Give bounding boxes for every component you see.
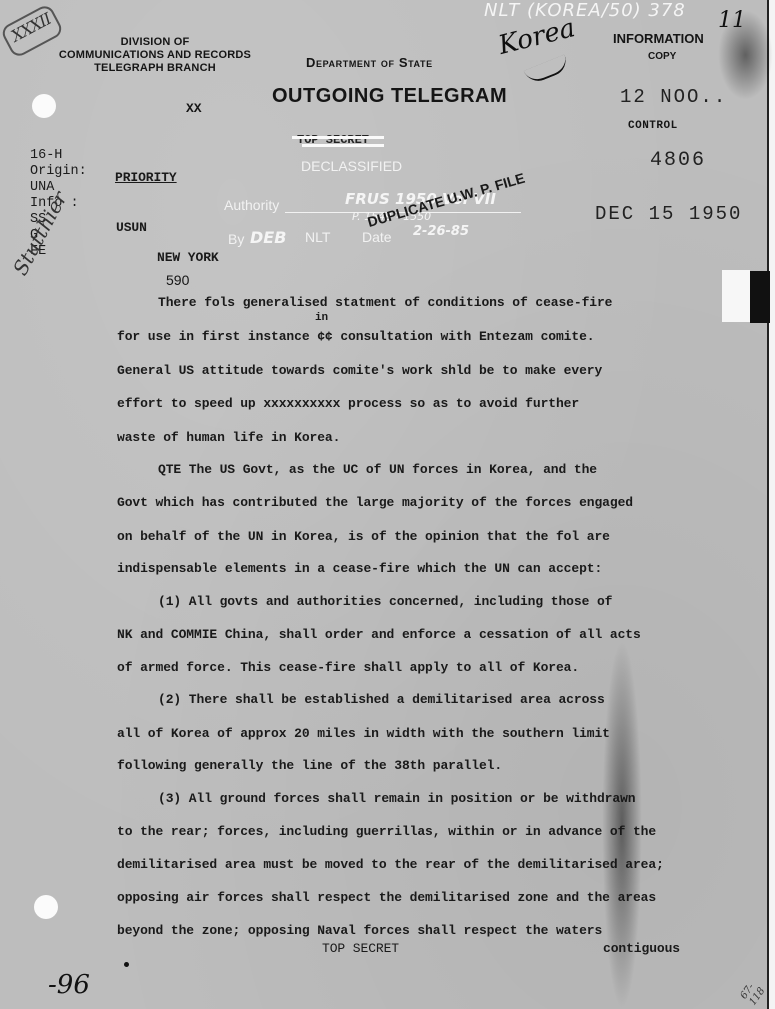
body-line: for use in first instance ¢¢ consultatio… <box>117 329 594 344</box>
page-edge <box>769 0 775 1009</box>
routing-line: Origin: <box>30 164 87 180</box>
handwritten-page-number: -96 <box>48 970 90 1000</box>
quote-line: indispensable elements in a cease-fire w… <box>117 561 602 576</box>
telegram-page: XXXII DIVISION OF COMMUNICATIONS AND REC… <box>0 0 775 1009</box>
item-1-line: (1) All govts and authorities concerned,… <box>158 594 612 609</box>
body-line: waste of human life in Korea. <box>117 430 340 445</box>
message-number: 590 <box>166 272 189 288</box>
control-label: CONTROL <box>628 120 678 132</box>
division-line-3: TELEGRAPH BRANCH <box>40 62 270 75</box>
authority-label: Authority <box>224 197 279 213</box>
body-line: General US attitude towards comite's wor… <box>117 363 602 378</box>
addressee: USUN <box>116 220 147 235</box>
continuation-word: contiguous <box>603 941 680 956</box>
by-label: By <box>228 231 244 247</box>
information-label: INFORMATION <box>613 31 704 46</box>
ink-smudge-top <box>718 10 773 100</box>
department-name: Department of State <box>306 55 433 70</box>
routing-line: 16-H <box>30 148 87 164</box>
priority-label: PRIORITY <box>115 170 177 185</box>
footer-classification: TOP SECRET <box>322 941 399 956</box>
edge-tab-white <box>722 270 750 322</box>
control-number: 4806 <box>650 149 706 172</box>
division-line-1: DIVISION OF <box>40 36 270 49</box>
item-3-line: to the rear; forces, including guerrilla… <box>117 824 656 839</box>
date-label: Date <box>362 229 392 245</box>
punch-hole-bottom <box>34 895 58 919</box>
ink-dot <box>124 962 129 967</box>
item-3-line: beyond the zone; opposing Naval forces s… <box>117 923 602 938</box>
item-2-line: (2) There shall be established a demilit… <box>158 692 605 707</box>
xx-mark: XX <box>186 101 202 116</box>
item-1-line: of armed force. This cease-fire shall ap… <box>117 660 579 675</box>
strike-line-2 <box>302 144 384 147</box>
insert-word: in <box>315 312 328 324</box>
division-header: DIVISION OF COMMUNICATIONS AND RECORDS T… <box>40 36 270 75</box>
edge-tab-black <box>750 271 770 323</box>
date-stamp: DEC 15 1950 <box>595 203 742 225</box>
item-2-line: all of Korea of approx 20 miles in width… <box>117 726 610 741</box>
addressee-city: NEW YORK <box>157 250 219 265</box>
body-line: effort to speed up xxxxxxxxxx process so… <box>117 396 579 411</box>
item-1-line: NK and COMMIE China, shall order and enf… <box>117 627 641 642</box>
division-line-2: COMMUNICATIONS AND RECORDS <box>40 49 270 62</box>
nlt-label: NLT <box>305 229 330 245</box>
declassified-label: DECLASSIFIED <box>301 158 402 174</box>
declass-date: 2-26-85 <box>413 224 469 239</box>
quote-line: on behalf of the UN in Korea, is of the … <box>117 529 610 544</box>
copy-label: COPY <box>648 51 676 62</box>
strike-line-1 <box>292 136 384 139</box>
body-line: There fols generalised statment of condi… <box>158 295 612 310</box>
item-3-line: demilitarised area must be moved to the … <box>117 857 664 872</box>
item-3-line: (3) All ground forces shall remain in po… <box>158 791 635 806</box>
punch-hole-top <box>32 94 56 118</box>
item-2-line: following generally the line of the 38th… <box>117 758 502 773</box>
item-3-line: opposing air forces shall respect the de… <box>117 890 656 905</box>
quote-line: Govt which has contributed the large maj… <box>117 495 633 510</box>
by-initials: DEB <box>250 228 286 247</box>
document-title: OUTGOING TELEGRAM <box>272 85 507 108</box>
quote-line: QTE The US Govt, as the UC of UN forces … <box>158 462 597 477</box>
time-stamp: 12 NOO.. <box>620 86 727 108</box>
handwritten-file-ref: NLT (KOREA/50) 378 <box>484 0 686 21</box>
handwritten-checkmark <box>524 54 571 85</box>
